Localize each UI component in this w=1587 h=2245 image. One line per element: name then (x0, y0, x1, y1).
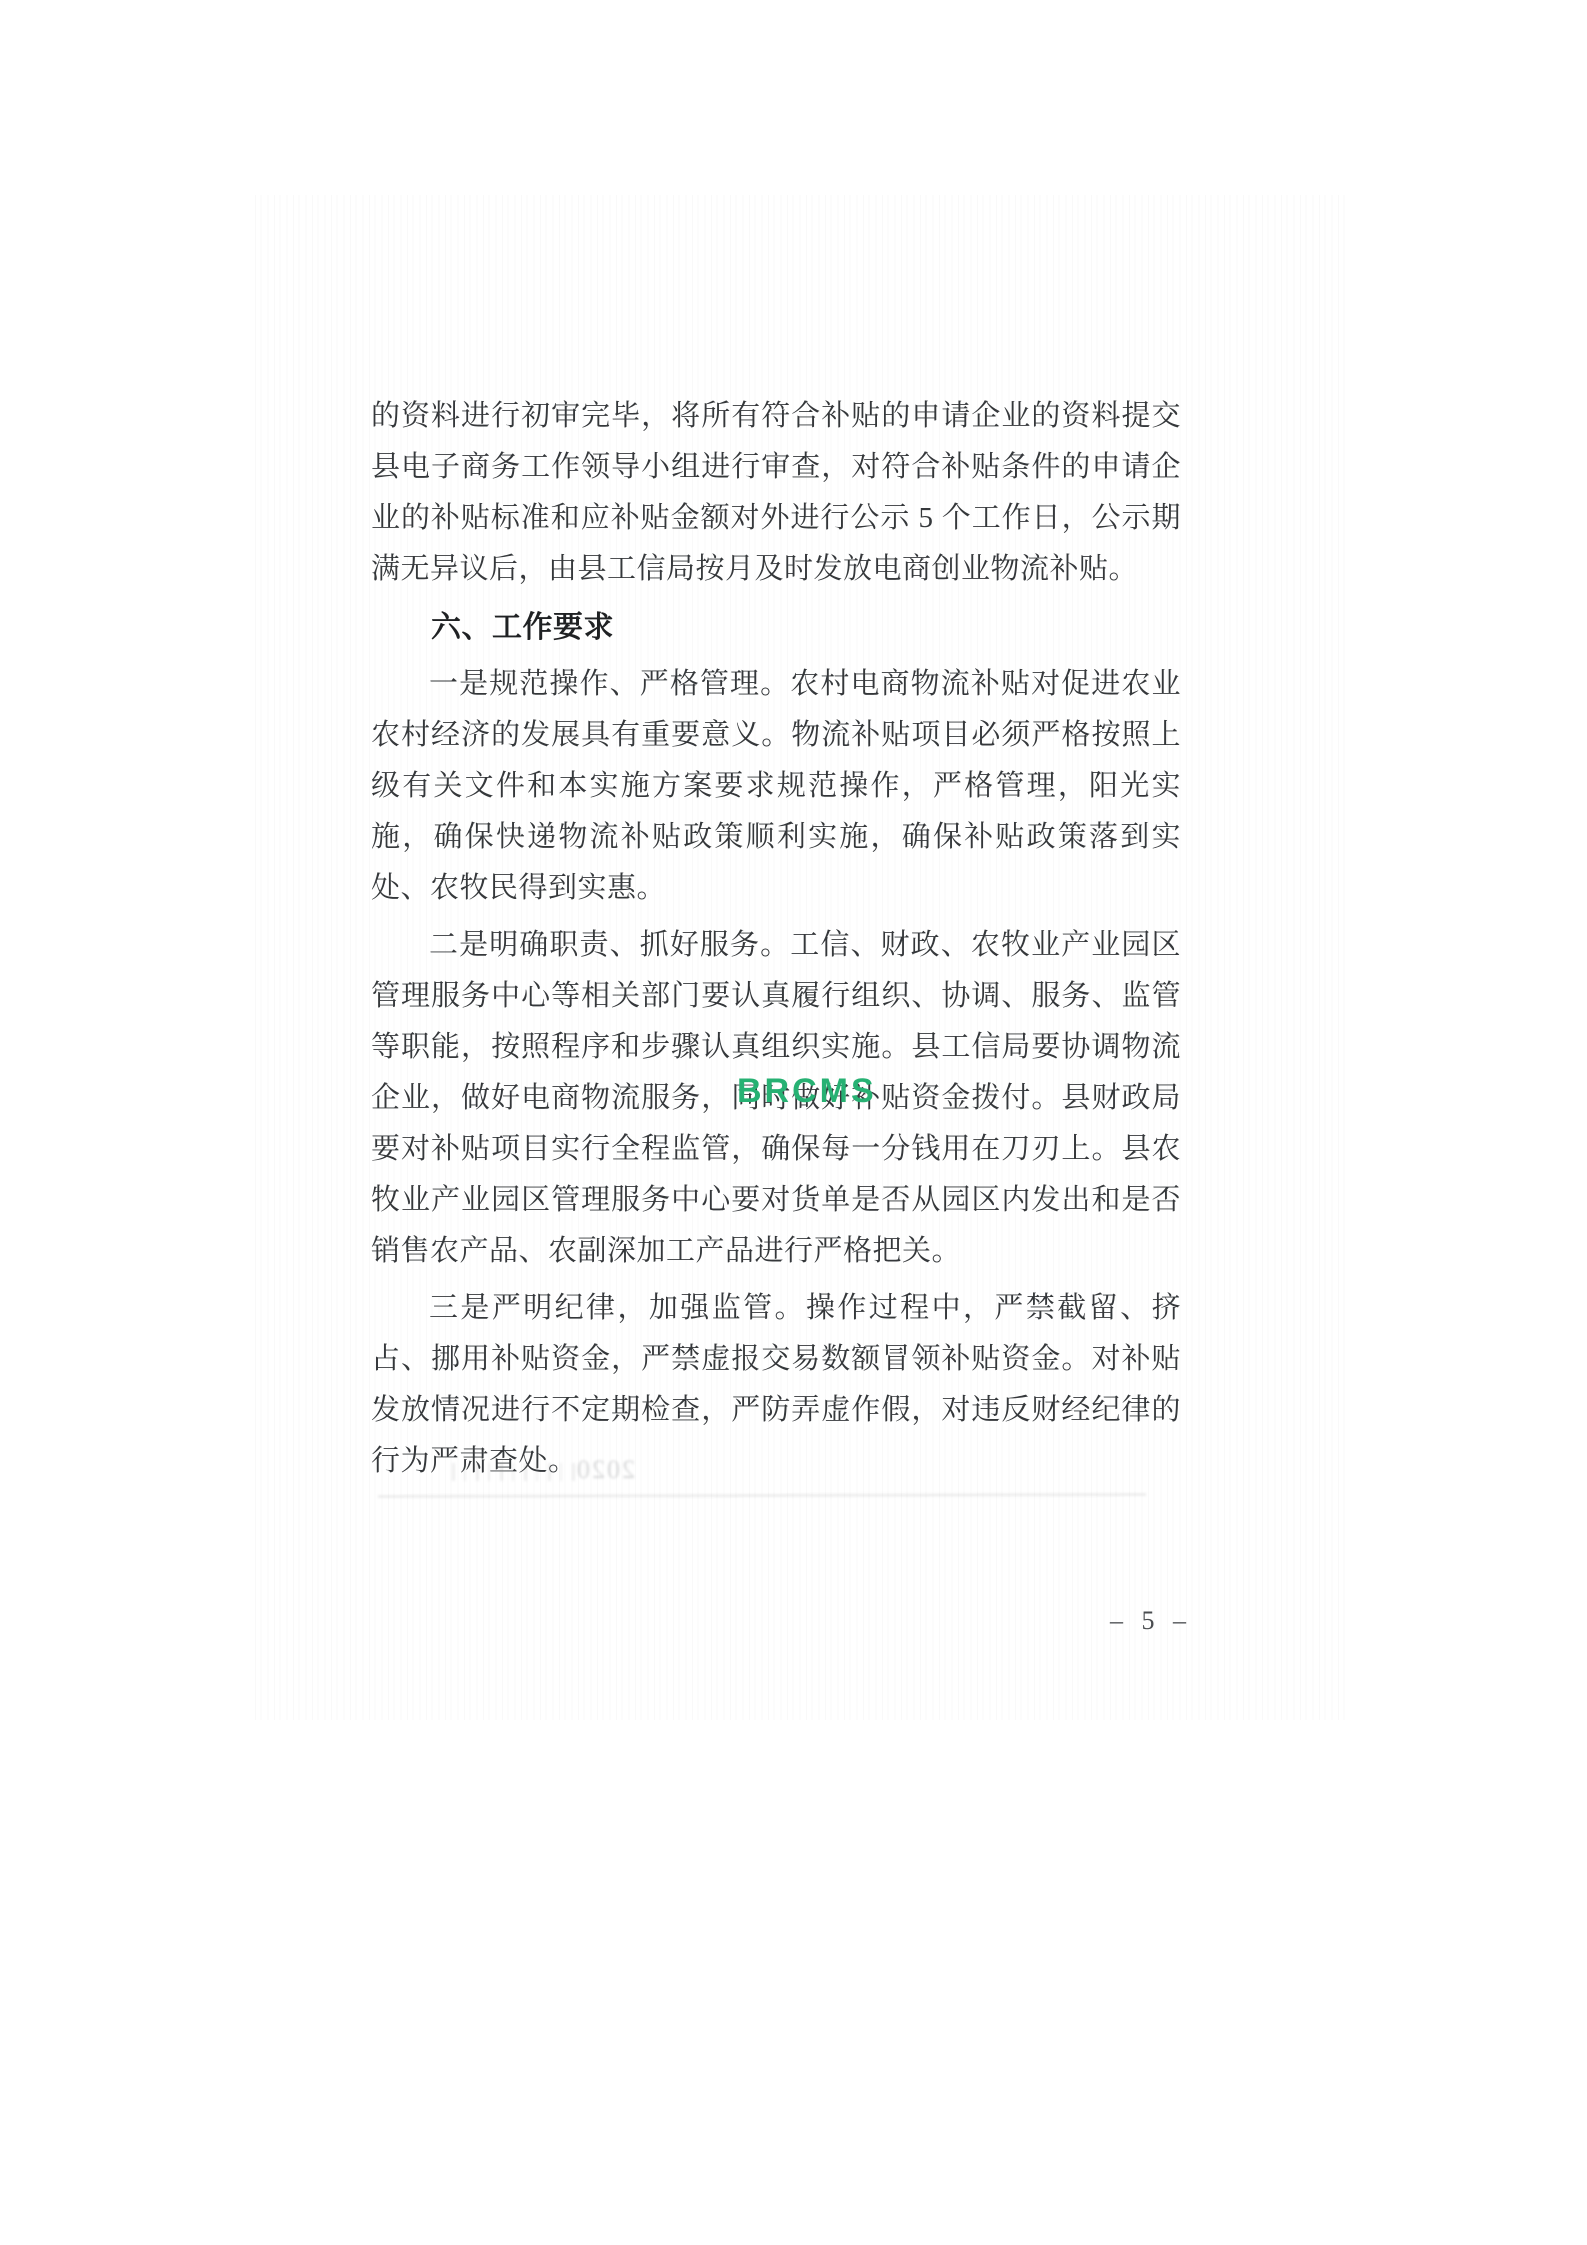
paragraph-point-three: 三是严明纪律，加强监管。操作过程中，严禁截留、挤占、挪用补贴资金，严禁虚报交易数… (371, 1283, 1181, 1487)
paragraph-point-one: 一是规范操作、严格管理。农村电商物流补贴对促进农业农村经济的发展具有重要意义。物… (371, 659, 1181, 914)
bleed-through-smudge (452, 1463, 580, 1481)
scanned-page: 的资料进行初审完毕，将所有符合补贴的申请企业的资料提交县电子商务工作领导小组进行… (0, 0, 1587, 2245)
bleed-through-text: 2020 (575, 1456, 635, 1484)
bleed-through-line (378, 1493, 1146, 1498)
document-body: 的资料进行初审完毕，将所有符合补贴的申请企业的资料提交县电子商务工作领导小组进行… (371, 391, 1181, 1487)
paragraph-intro: 的资料进行初审完毕，将所有符合补贴的申请企业的资料提交县电子商务工作领导小组进行… (371, 391, 1181, 595)
brcms-watermark: BRCMS (737, 1074, 877, 1108)
page-number: – 5 – (1096, 1604, 1206, 1638)
section-heading: 六、工作要求 (371, 602, 1181, 653)
